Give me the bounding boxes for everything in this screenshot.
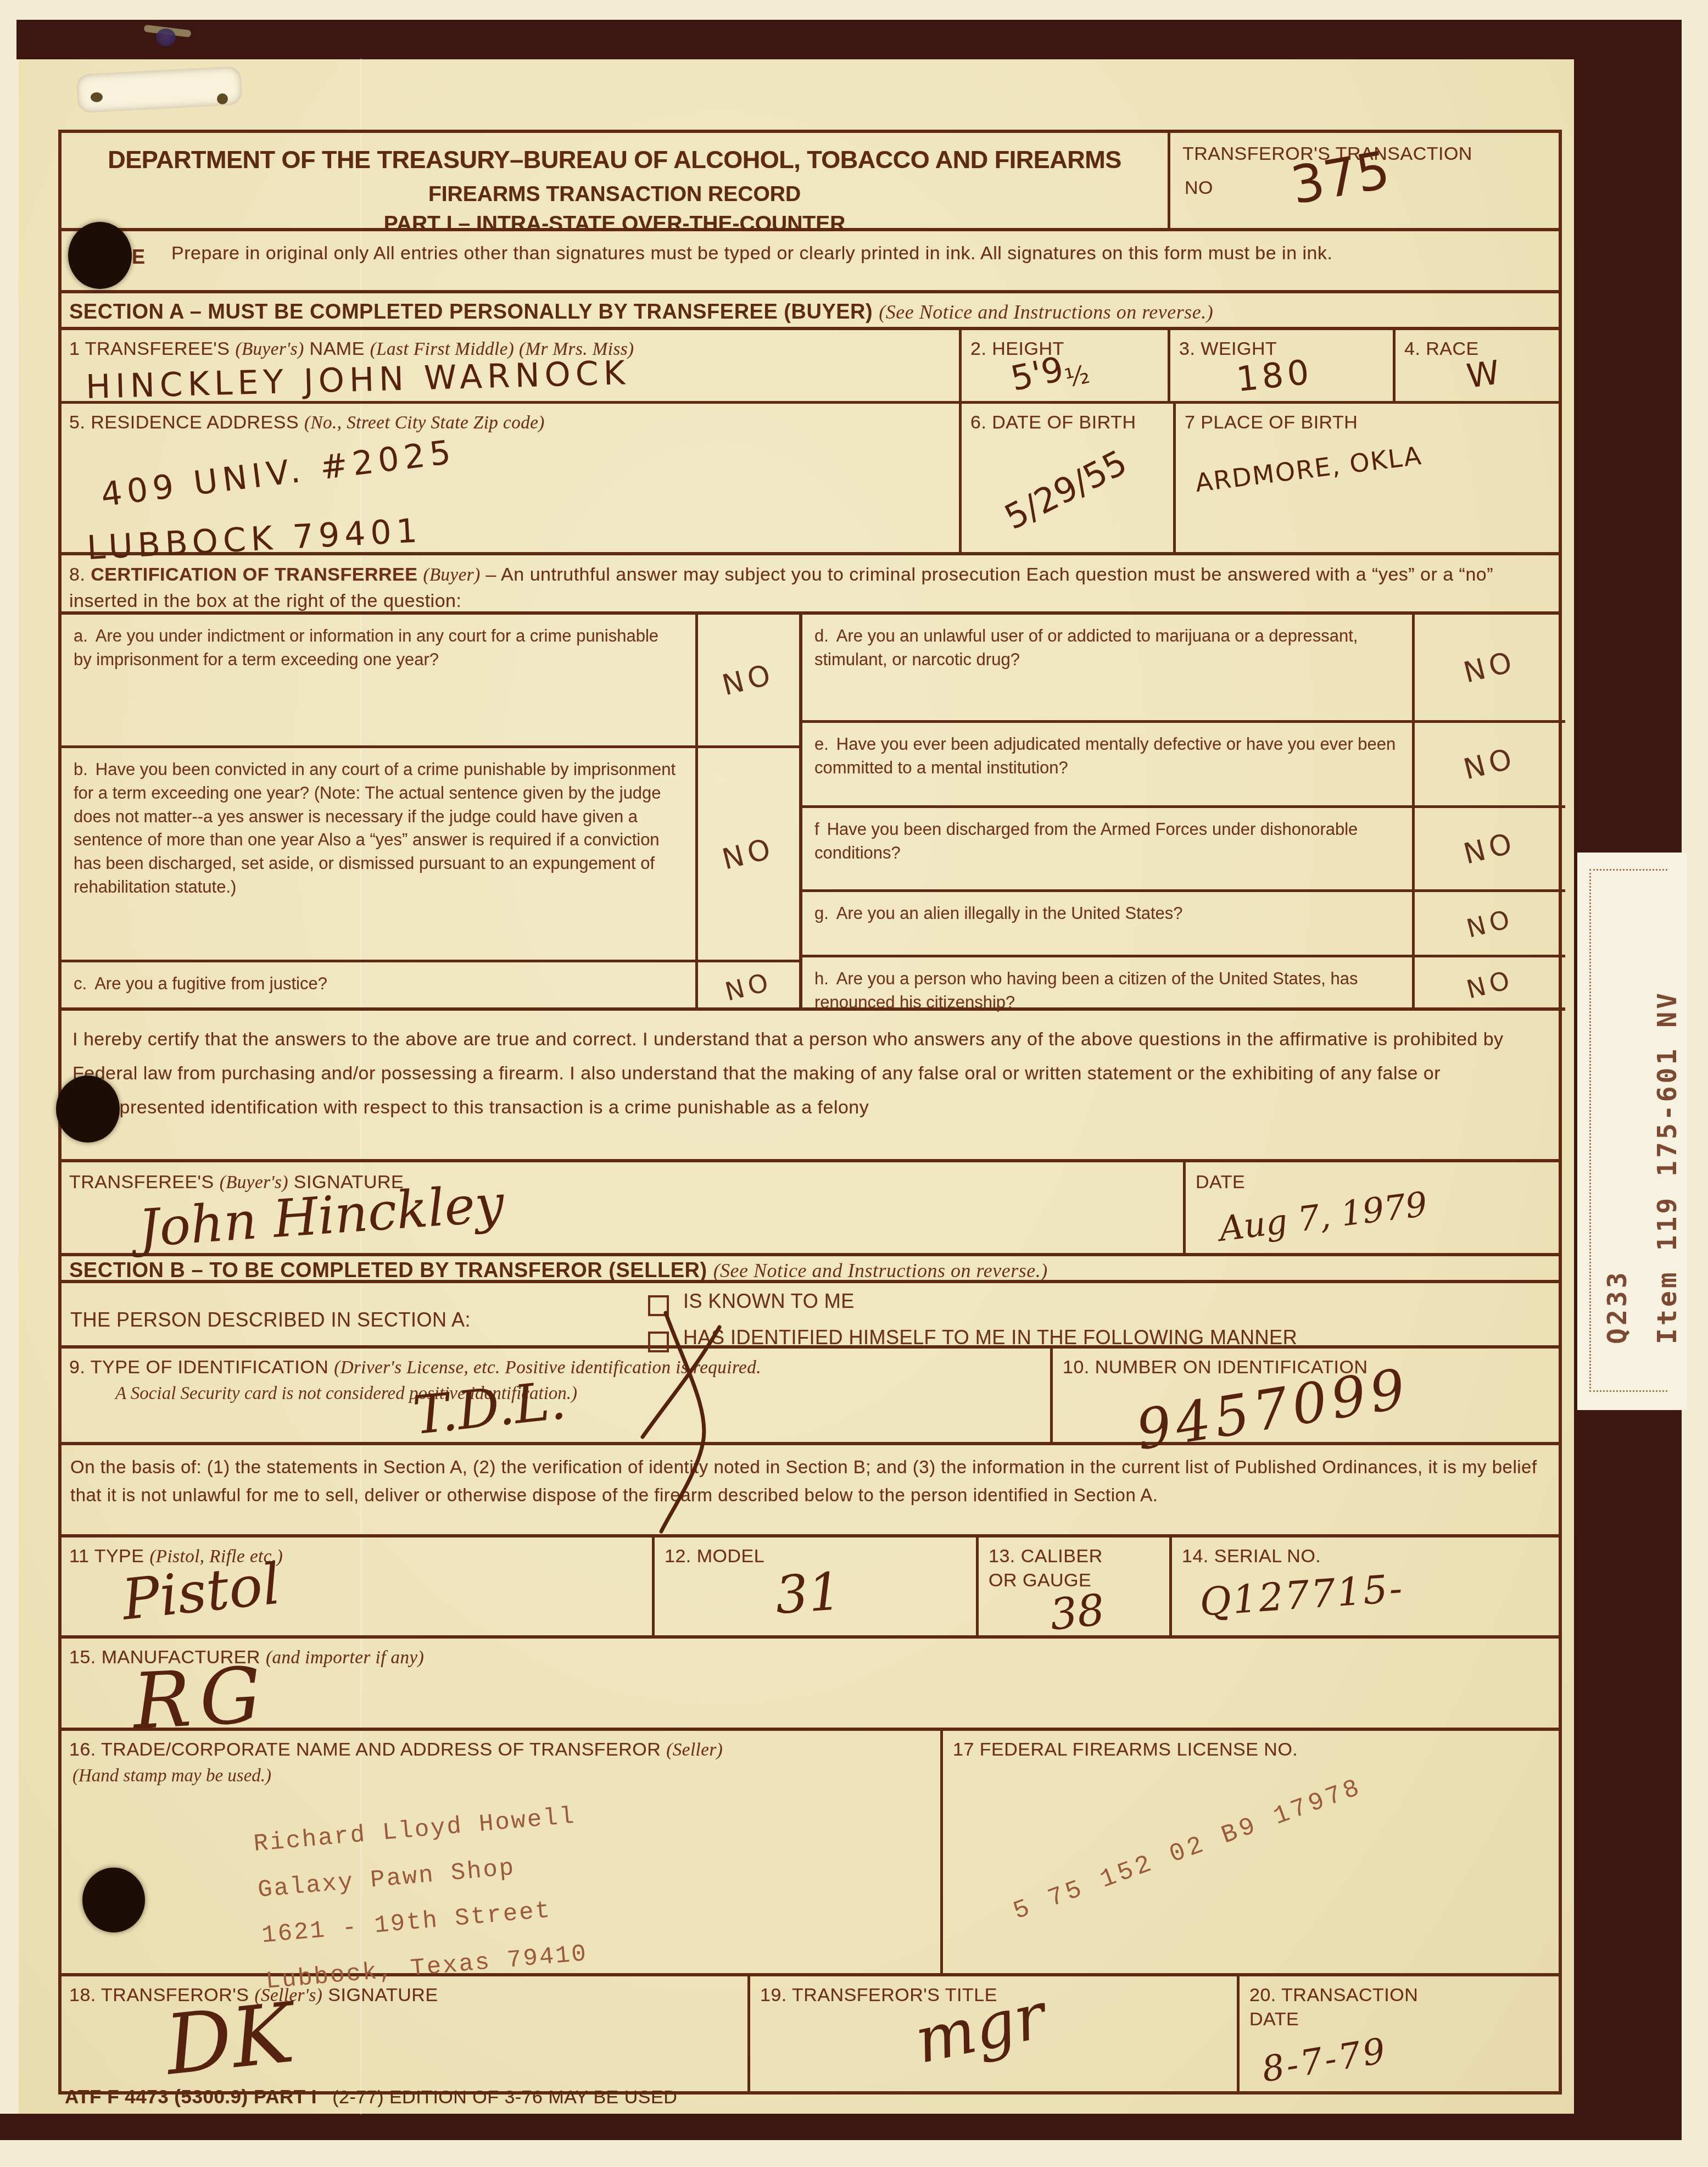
answer-b-value: NO — [719, 832, 778, 876]
field-11-label-text: 11 TYPE — [69, 1546, 149, 1567]
answer-e-value: NO — [1460, 742, 1519, 786]
seller-stamp: Richard Lloyd Howell Galaxy Pawn Shop 16… — [252, 1794, 590, 2005]
field-10-id-number: 10. NUMBER ON IDENTIFICATION 9457099 — [1050, 1349, 1565, 1442]
questions-right-column: d.Are you an unlawful user of or addicte… — [802, 615, 1415, 1007]
field-12-value: 31 — [773, 1562, 843, 1626]
field-1-italic-1: (Buyer's) — [235, 339, 304, 359]
field-3-weight: 3. WEIGHT 180 — [1168, 330, 1393, 401]
field-15-value: RG — [131, 1651, 272, 1747]
field-5-number: 5. — [69, 412, 85, 433]
section-a-note: (See Notice and Instructions on reverse.… — [879, 301, 1213, 323]
answer-g-value: NO — [1463, 903, 1516, 943]
field-7-label: 7 PLACE OF BIRTH — [1185, 410, 1358, 434]
field-5-label-text: RESIDENCE ADDRESS — [85, 412, 304, 433]
buyer-date-value: Aug 7, 1979 — [1217, 1184, 1430, 1249]
identification-row: 9. TYPE OF IDENTIFICATION (Driver's Lice… — [62, 1349, 1559, 1445]
certification-8-title: CERTIFICATION OF TRANSFERREE — [85, 564, 423, 585]
field-16-italic-1: (Seller) — [666, 1740, 723, 1760]
field-1-label-2: NAME — [304, 338, 370, 359]
answer-d-box: NO — [1415, 615, 1565, 723]
question-e-id: e. — [814, 734, 829, 754]
seller-row: 16. TRADE/CORPORATE NAME AND ADDRESS OF … — [62, 1731, 1559, 1976]
field-18-seller-signature: 18. TRANSFEROR'S (Seller's) SIGNATURE DK — [62, 1976, 747, 2094]
certify-statement-row: I hereby certify that the answers to the… — [62, 1011, 1559, 1162]
field-9-label-text: 9. TYPE OF IDENTIFICATION — [69, 1357, 334, 1378]
basis-statement-text: On the basis of: (1) the statements in S… — [70, 1453, 1542, 1509]
answer-a-value: NO — [719, 658, 778, 702]
handwritten-x-mark — [627, 1305, 770, 1536]
question-g-id: g. — [814, 904, 829, 923]
field-18-label-2: SIGNATURE — [322, 1985, 438, 2006]
section-a-bar: SECTION A – MUST BE COMPLETED PERSONALLY… — [62, 293, 1559, 330]
field-1-number: 1 — [69, 338, 80, 359]
note-text: Prepare in original only All entries oth… — [171, 240, 1528, 267]
seller-signature-row: 18. TRANSFEROR'S (Seller's) SIGNATURE DK… — [62, 1976, 1559, 2094]
question-a-id: a. — [74, 626, 88, 645]
field-6-value: 5/29/55 — [998, 442, 1133, 538]
question-c-id: c. — [74, 974, 87, 993]
basis-statement-row: On the basis of: (1) the statements in S… — [62, 1445, 1559, 1537]
form-title-block: DEPARTMENT OF THE TREASURY–BUREAU OF ALC… — [62, 133, 1168, 228]
section-b-title-text: SECTION B – TO BE COMPLETED BY TRANSFERO… — [69, 1259, 713, 1282]
answer-g-box: NO — [1415, 892, 1565, 957]
field-1-name: 1 TRANSFEREE'S (Buyer's) NAME (Last Firs… — [62, 330, 959, 401]
field-4-value: W — [1464, 353, 1502, 396]
field-1-label-text: TRANSFEREE'S — [80, 338, 235, 359]
field-14-value: Q127715- — [1198, 1566, 1405, 1625]
agency-title: DEPARTMENT OF THE TREASURY–BUREAU OF ALC… — [62, 147, 1168, 172]
field-1-value: HINCKLEY JOHN WARNOCK — [85, 354, 630, 406]
buyer-date-cell: DATE Aug 7, 1979 — [1183, 1162, 1565, 1253]
field-14-serial: 14. SERIAL NO. Q127715- — [1169, 1537, 1565, 1635]
buyer-signature-cell: TRANSFEREE'S (Buyer's) SIGNATURE John Hi… — [62, 1162, 1183, 1253]
answer-d-value: NO — [1460, 645, 1519, 689]
certification-8-header: 8. CERTIFICATION OF TRANSFERREE (Buyer) … — [62, 555, 1559, 615]
question-d: d.Are you an unlawful user of or addicte… — [802, 615, 1412, 723]
section-b-title: SECTION B – TO BE COMPLETED BY TRANSFERO… — [69, 1258, 1048, 1284]
section-a-title: SECTION A – MUST BE COMPLETED PERSONALLY… — [69, 300, 1213, 325]
question-f-text: Have you been discharged from the Armed … — [814, 820, 1358, 862]
question-g: g.Are you an alien illegally in the Unit… — [802, 892, 1412, 957]
field-17-value: 5 75 152 02 B9 17978 — [1009, 1773, 1366, 1926]
field-17-label: 17 FEDERAL FIREARMS LICENSE NO. — [953, 1737, 1298, 1762]
transaction-no-sublabel: NO — [1185, 176, 1213, 200]
field-11-type: 11 TYPE (Pistol, Rifle etc.) Pistol — [62, 1537, 652, 1635]
form-title: FIREARMS TRANSACTION RECORD — [62, 183, 1168, 205]
form-header-row: DEPARTMENT OF THE TREASURY–BUREAU OF ALC… — [62, 133, 1559, 231]
field-19-title: 19. TRANSFEROR'S TITLE mgr — [747, 1976, 1237, 2094]
question-h-id: h. — [814, 969, 829, 988]
field-17-ffl: 17 FEDERAL FIREARMS LICENSE NO. 5 75 152… — [940, 1731, 1565, 1973]
field-20-date: 20. TRANSACTION DATE 8-7-79 — [1237, 1976, 1565, 2094]
field-7-value: ARDMORE, OKLA — [1193, 441, 1424, 498]
question-f-id: f — [814, 820, 819, 839]
buyer-date-label: DATE — [1196, 1170, 1245, 1194]
field-16-italic-2: (Hand stamp may be used.) — [72, 1766, 271, 1786]
field-13-caliber: 13. CALIBER OR GAUGE 38 — [976, 1537, 1169, 1635]
question-b-text: Have you been convicted in any court of … — [74, 760, 676, 896]
field-15-italic: (and importer if any) — [266, 1648, 424, 1668]
rust-dot — [156, 29, 176, 46]
has-identified-label: HAS IDENTIFIED HIMSELF TO ME IN THE FOLL… — [683, 1326, 1297, 1349]
field-2-fraction: ½ — [1062, 359, 1092, 393]
section-b-note: (See Notice and Instructions on reverse.… — [713, 1260, 1048, 1282]
field-12-label: 12. MODEL — [665, 1544, 764, 1568]
row-name-height-weight-race: 1 TRANSFEREE'S (Buyer's) NAME (Last Firs… — [62, 330, 1559, 404]
questions-left-column: a.Are you under indictment or informatio… — [62, 615, 698, 1007]
field-6-label: 6. DATE OF BIRTH — [970, 410, 1136, 434]
question-h: h.Are you a person who having been a cit… — [802, 957, 1412, 1011]
question-a-text: Are you under indictment or information … — [74, 626, 658, 669]
field-5-line1: 409 UNIV. #2025 — [99, 433, 457, 515]
field-4-race: 4. RACE W — [1393, 330, 1565, 401]
question-f: fHave you been discharged from the Armed… — [802, 808, 1412, 892]
answer-h-box: NO — [1415, 957, 1565, 1011]
question-d-text: Are you an unlawful user of or addicted … — [814, 626, 1358, 669]
person-described-label: THE PERSON DESCRIBED IN SECTION A: — [70, 1307, 471, 1333]
answer-c-box: NO — [698, 962, 799, 1011]
field-13-label: 13. CALIBER OR GAUGE — [989, 1544, 1131, 1592]
hole-punch-middle — [56, 1076, 120, 1143]
field-5-label: 5. RESIDENCE ADDRESS (No., Street City S… — [69, 410, 545, 435]
manufacturer-row: 15. MANUFACTURER (and importer if any) R… — [62, 1639, 1559, 1731]
field-5-address: 5. RESIDENCE ADDRESS (No., Street City S… — [62, 404, 959, 552]
note-label-remnant: E — [132, 244, 146, 270]
field-18-value: DK — [161, 1985, 298, 2093]
hole-punch-top — [68, 222, 132, 289]
question-b-id: b. — [74, 760, 88, 779]
form-footer: ATF F 4473 (5300.9) PART I (2-77) EDITIO… — [65, 2087, 677, 2107]
hole-punch-bottom — [82, 1868, 145, 1932]
answer-f-box: NO — [1415, 808, 1565, 892]
staple-speck — [217, 93, 228, 104]
scanned-photo-of-atf-form-4473: DEPARTMENT OF THE TREASURY–BUREAU OF ALC… — [0, 0, 1708, 2167]
question-c: c.Are you a fugitive from justice? — [62, 962, 695, 1011]
answer-h-value: NO — [1463, 964, 1516, 1004]
field-9-id-type: 9. TYPE OF IDENTIFICATION (Driver's Lice… — [62, 1349, 1050, 1442]
answer-f-value: NO — [1460, 826, 1519, 871]
certification-8-italic: (Buyer) — [423, 565, 480, 585]
field-6-dob: 6. DATE OF BIRTH 5/29/55 — [959, 404, 1173, 552]
questions-grid: a.Are you under indictment or informatio… — [62, 615, 1565, 1011]
backdrop-mat-top — [16, 20, 1682, 59]
field-20-value: 8-7-79 — [1259, 2030, 1391, 2090]
answer-e-box: NO — [1415, 723, 1565, 808]
field-5-italic: (No., Street City State Zip code) — [304, 413, 545, 433]
buyer-signature-label-1: TRANSFEREE'S — [69, 1172, 220, 1193]
question-b: b.Have you been convicted in any court o… — [62, 748, 695, 962]
section-b-bar: SECTION B – TO BE COMPLETED BY TRANSFERO… — [62, 1256, 1559, 1283]
answers-left-column: NO NO NO — [698, 615, 802, 1007]
atf-form-4473: DEPARTMENT OF THE TREASURY–BUREAU OF ALC… — [58, 130, 1562, 2094]
person-described-row: THE PERSON DESCRIBED IN SECTION A: IS KN… — [62, 1283, 1559, 1349]
question-g-text: Are you an alien illegally in the United… — [836, 904, 1183, 923]
note-row: E Prepare in original only All entries o… — [62, 231, 1559, 293]
field-16-seller: 16. TRADE/CORPORATE NAME AND ADDRESS OF … — [62, 1731, 940, 1973]
field-9-value: T.D.L. — [410, 1369, 569, 1447]
staple-speck — [91, 92, 103, 102]
question-a: a.Are you under indictment or informatio… — [62, 615, 695, 748]
field-13-value: 38 — [1048, 1585, 1107, 1640]
row-address-dob-pob: 5. RESIDENCE ADDRESS (No., Street City S… — [62, 404, 1559, 555]
field-12-model: 12. MODEL 31 — [652, 1537, 976, 1635]
certify-statement-text: I hereby certify that the answers to the… — [72, 1023, 1533, 1125]
backdrop-mat-bottom — [0, 2114, 1682, 2140]
firearm-row: 11 TYPE (Pistol, Rifle etc.) Pistol 12. … — [62, 1537, 1559, 1639]
question-e-text: Have you ever been adjudicated mentally … — [814, 734, 1396, 777]
transaction-no-box: TRANSFEROR'S TRANSACTION NO 375 — [1168, 133, 1565, 228]
field-2-height: 2. HEIGHT 5'9½ — [959, 330, 1168, 401]
question-d-id: d. — [814, 626, 829, 645]
buyer-signature-row: TRANSFEREE'S (Buyer's) SIGNATURE John Hi… — [62, 1162, 1559, 1256]
footer-edition-note: (2-77) EDITION OF 3-76 MAY BE USED — [332, 2087, 677, 2108]
side-label-dotted-border — [1589, 869, 1667, 1392]
certification-8-number: 8. — [69, 564, 85, 585]
question-e: e.Have you ever been adjudicated mentall… — [802, 723, 1412, 808]
field-14-label: 14. SERIAL NO. — [1182, 1544, 1321, 1568]
section-a-title-text: SECTION A – MUST BE COMPLETED PERSONALLY… — [69, 300, 879, 324]
answer-a-box: NO — [698, 615, 799, 748]
field-3-value: 180 — [1235, 352, 1315, 399]
question-h-text: Are you a person who having been a citiz… — [814, 969, 1358, 1012]
question-c-text: Are you a fugitive from justice? — [94, 974, 327, 993]
answer-b-box: NO — [698, 748, 799, 962]
certification-8-text: 8. CERTIFICATION OF TRANSFERREE (Buyer) … — [69, 562, 1541, 614]
field-20-label: 20. TRANSACTION DATE — [1249, 1983, 1458, 2031]
field-7-pob: 7 PLACE OF BIRTH ARDMORE, OKLA — [1173, 404, 1565, 552]
answer-c-value: NO — [722, 966, 775, 1006]
answers-right-column: NO NO NO NO NO — [1415, 615, 1565, 1007]
